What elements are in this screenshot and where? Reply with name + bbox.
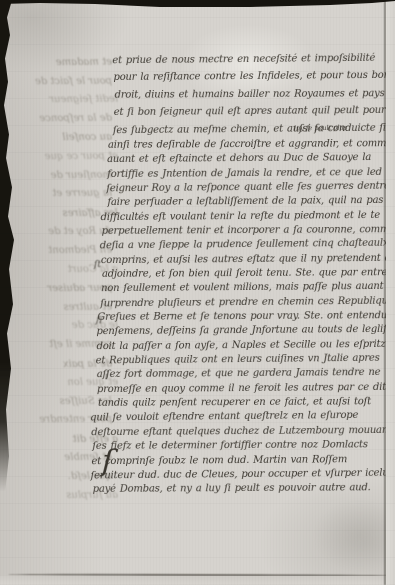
bottom-edge-strip [0, 576, 395, 585]
text-block: et priue de nous mectre en neceſsité et … [86, 50, 395, 498]
manuscript-line: et ſi bon ſeigneur quil eſt apres autant… [87, 102, 395, 122]
manuscript-line: payé Dombas, et ny a luy ſi peult es pou… [91, 481, 395, 497]
page-right-margin-strip [386, 0, 395, 585]
paper-stain [315, 500, 395, 570]
manuscript-line: pour la reſiſtance contre les Infideles,… [86, 67, 395, 87]
margin-flourish: ſ [101, 447, 114, 478]
page-top-edge [0, 0, 395, 8]
interlinear-note: luy ſe peult plus [294, 124, 347, 133]
manuscript-page: et madame pour le faict de ledit ſeigneu… [0, 0, 395, 585]
margin-mark: ı [105, 372, 108, 382]
manuscript-line: droit, diuins et humains bailler noz Roy… [88, 85, 395, 104]
margin-mark: ſt [94, 260, 101, 270]
